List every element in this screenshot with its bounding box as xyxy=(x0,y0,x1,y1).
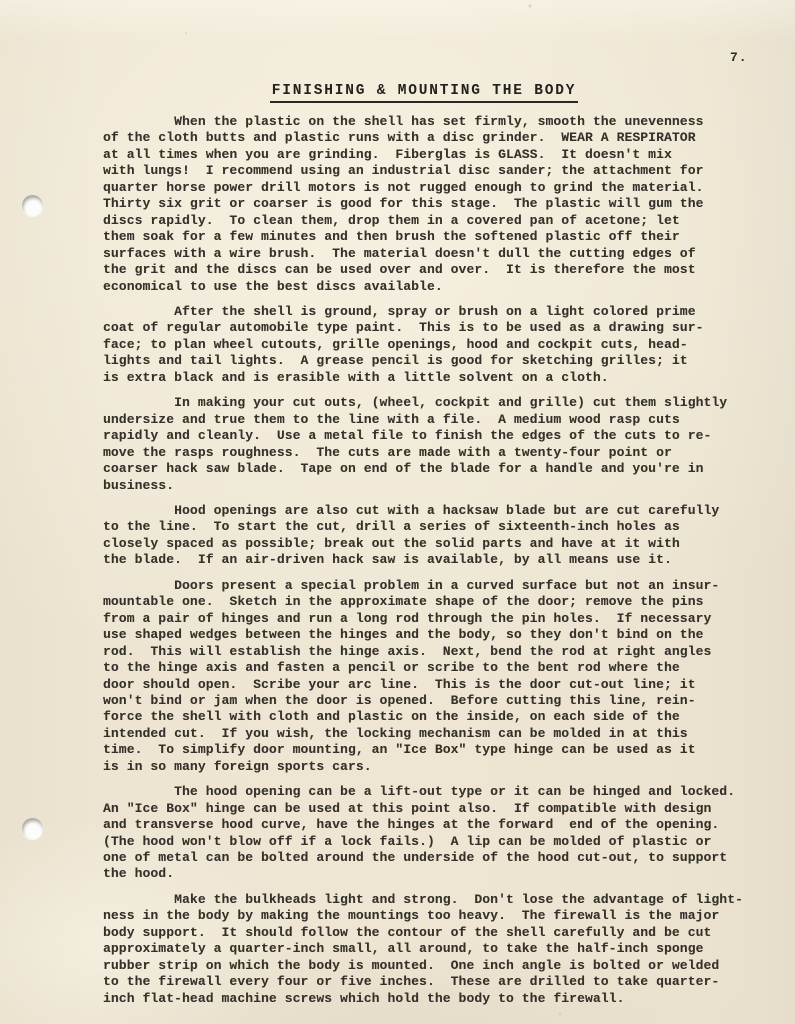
paragraph-grinding: When the plastic on the shell has set fi… xyxy=(103,114,763,295)
document-body: When the plastic on the shell has set fi… xyxy=(103,114,763,1016)
document-page: 7. FINISHING & MOUNTING THE BODY When th… xyxy=(0,0,795,1024)
paragraph-hood-openings: Hood openings are also cut with a hacksa… xyxy=(103,503,763,569)
page-title-text: FINISHING & MOUNTING THE BODY xyxy=(270,83,579,103)
page-number: 7. xyxy=(730,50,748,65)
punch-hole-bottom xyxy=(22,818,43,839)
paragraph-cutouts: In making your cut outs, (wheel, cockpit… xyxy=(103,395,763,494)
paragraph-bulkheads: Make the bulkheads light and strong. Don… xyxy=(103,892,763,1007)
paragraph-prime-coat: After the shell is ground, spray or brus… xyxy=(103,304,763,386)
punch-hole-top xyxy=(22,195,43,216)
page-title: FINISHING & MOUNTING THE BODY xyxy=(100,81,748,103)
paragraph-hood-opening-type: The hood opening can be a lift-out type … xyxy=(103,784,763,883)
paragraph-doors: Doors present a special problem in a cur… xyxy=(103,578,763,775)
